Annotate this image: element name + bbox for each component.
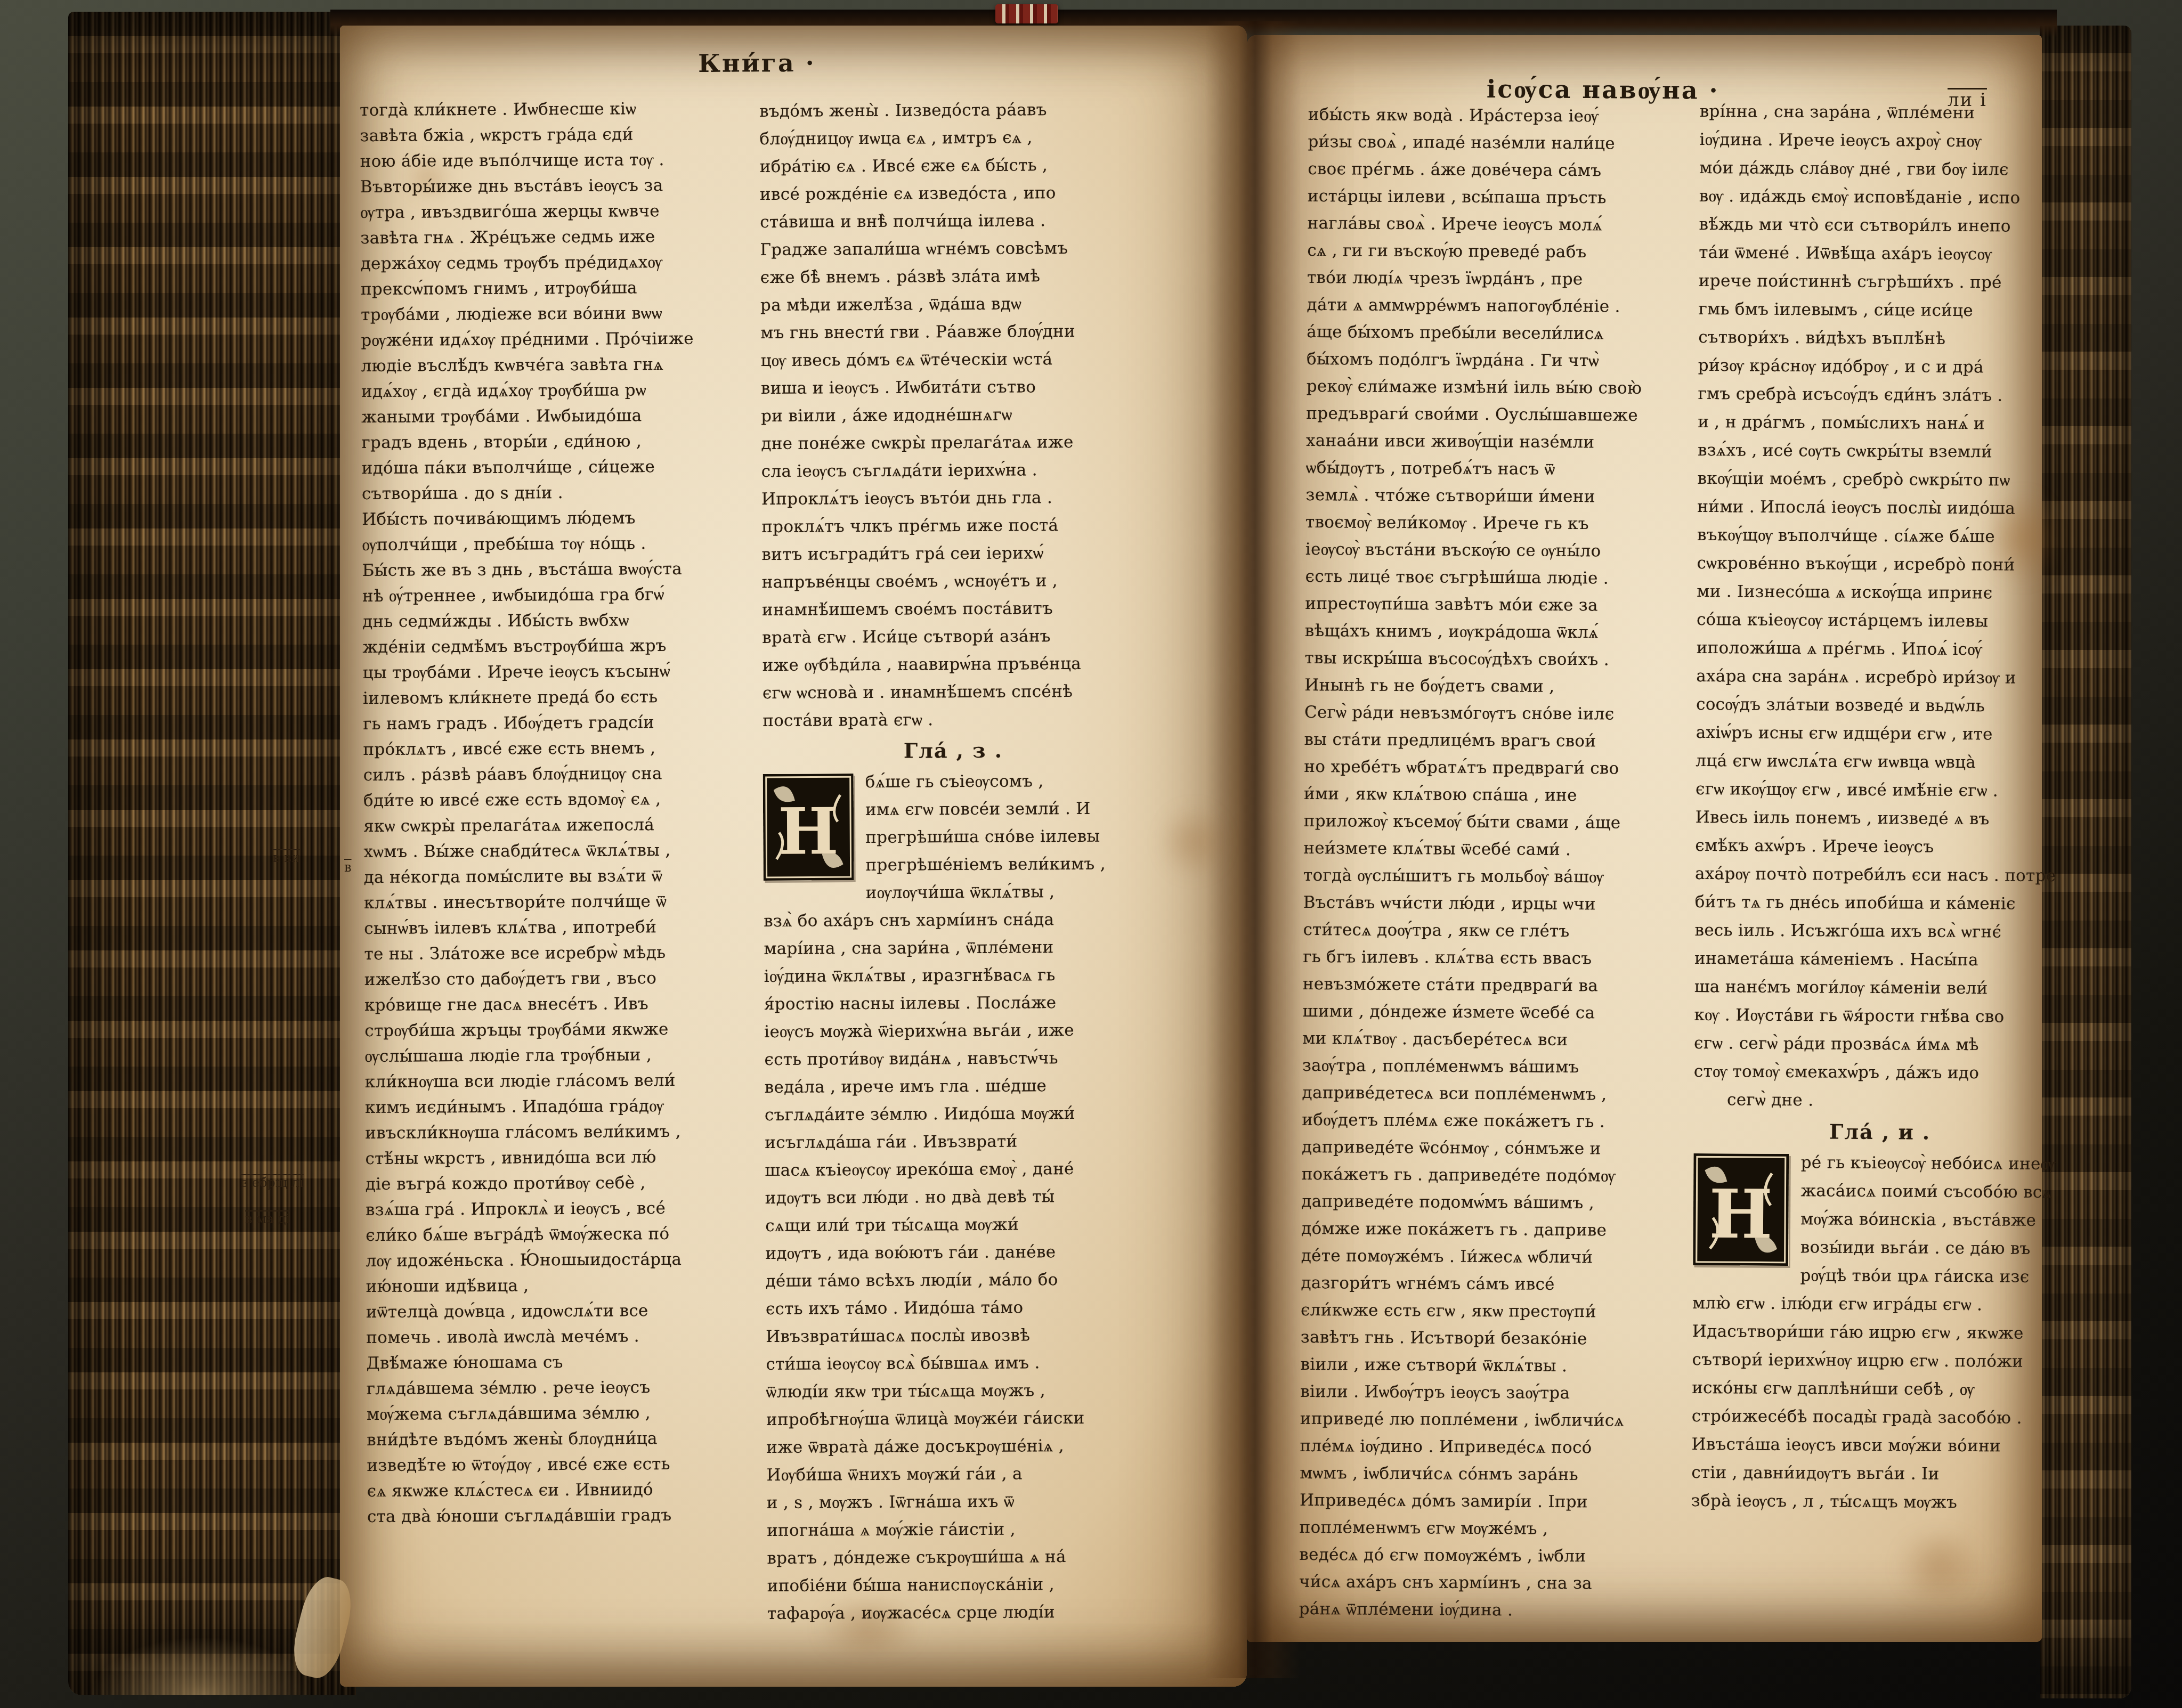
text-line: гь бгъ іилевъ . клѧ́тва єсть ввасъ <box>1303 944 1673 973</box>
text-line: я́ростію насны іилевы . Посла́же <box>764 988 1145 1018</box>
text-line: вкѹ́щіи мое́мъ , сребро̀ сѡкры́то пѡ <box>1697 465 2070 495</box>
text-line: ра́нѧ ѿпле́мени іѹ́дина . <box>1299 1596 1669 1625</box>
text-line: иприведе́ лю попле́мени , іѡбличи́сѧ <box>1300 1405 1670 1435</box>
text-line: віили , иже сътвори́ ѿклѧ́твы . <box>1300 1351 1670 1380</box>
text-line: сла іеѹсъ съглѧда́ти іерихѡ́на . <box>761 456 1142 485</box>
text-line: мъ гнь внести́ гви . Ра́авже блѹ́дни <box>760 317 1141 347</box>
text-line: тогда̀ ѹслы́шитъ гь мольбѹ̀ ва́шѹ <box>1303 862 1674 891</box>
text-line: инамета́ша ка́меніемъ . Насы́па <box>1694 945 2067 975</box>
text-line: вѣ́ждь ми что̀ єси сътвори́лъ инепо <box>1699 210 2072 241</box>
text-line: ми . Іизнесо́ша ѧ искѹ́ща ипринє <box>1697 578 2070 608</box>
text-line: ивсе́ рожде́ніе єѧ изведо́ста , ипо <box>760 178 1141 208</box>
text-line: мѹ́жема съглѧда́вшима зе́млю , <box>367 1400 740 1427</box>
text-line: градъ вдень , вторы́и , єди́ною , <box>361 428 734 456</box>
text-line: трѹба́ми , людіеже вси во́ини вѡѡ <box>361 300 734 328</box>
text-line: землѧ̀ . что́же сътвори́ши и́мени <box>1305 482 1676 511</box>
text-line: дне поне́же сѡкры̀ прелага́таѧ иже <box>761 428 1142 458</box>
margin-note: з ебрщ лі <box>241 1175 304 1190</box>
text-line: іѹ́дина . Ирече іеѹсъ ахрѹ̀ снѹ <box>1699 126 2072 156</box>
chapter-heading-7: Гла́ , з . <box>763 733 1143 769</box>
running-title-right: ісѹ́са навѹ́на · <box>1487 75 1719 105</box>
text-line: шасѧ къіеѹсѹ иреко́ша ємѹ̀ , дане́ <box>765 1154 1146 1184</box>
text-line: Сегѡ̀ ра́ди невъзмо́гѹтъ сно́ве іилє <box>1304 699 1675 728</box>
text-line: якѡ сѡкры̀ прелага́таѧ ижепосла́ <box>363 811 736 839</box>
text-line: ни́ми . Ипосла́ іеѹсъ послы̀ иидо́ша <box>1697 493 2070 523</box>
text-line: сегѡ̀ дне . <box>1693 1086 2066 1116</box>
text-line: Градже запали́ша ѡгне́мъ совсѣмъ <box>760 234 1141 264</box>
text-line: сынѡ́въ іилевъ клѧ́тва , ипотреби́ <box>364 914 737 941</box>
text-line: діе въгра́ кождо проти́вѹ себѐ , <box>366 1169 739 1197</box>
text-line: вни́дѣте въдо́мъ жены̀ блѹдни́ца <box>367 1425 740 1453</box>
text-line: инамнѣ́ишемъ свое́мъ поста́витъ <box>762 594 1143 624</box>
text-line: лѹ идоже́ньска . Ю́ношыидоста́рца <box>366 1246 739 1274</box>
text-line: да́ти ѧ аммѡрре́ѡмъ напогѹбле́ніе . <box>1307 291 1677 321</box>
text-line: іѹ́дина ѿклѧ́твы , иразгнѣ́васѧ гь <box>764 961 1145 990</box>
text-line: ною а́біе иде въпо́лчище иста тѹ . <box>360 147 733 174</box>
text-line: нагла́вы своѧ̀ . Ирече іеѹсъ молѧ́ <box>1307 210 1677 239</box>
text-line: приложѹ̀ късемѹ́ бы́ти свами , а́ще <box>1304 808 1674 837</box>
text-line: взѧ́хъ , исе́ сѹть сѡкры́ты вземли́ <box>1698 436 2071 467</box>
text-line: те ны . Зла́тоже все исребрѡ̀ мѣдь <box>364 939 737 967</box>
chapter-heading-8: Гла́ , и . <box>1693 1114 2066 1150</box>
text-line: іеѹсѹ̀ въста́ни въскѹ́ю се ѹны́ло <box>1305 536 1676 565</box>
text-line: гь намъ градъ . Ибѹ́детъ градсі́и <box>363 709 736 737</box>
text-line: весь іиль . Исъжго́ша ихъ всѧ̀ ѡгнє́ <box>1694 916 2067 947</box>
text-line: силъ . ра́звѣ ра́авъ блѹ́дницѹ сна <box>363 760 736 788</box>
text-line: идѹтъ , ида вою́ютъ га́и . дане́ве <box>765 1238 1146 1267</box>
column4-rest: млю̀ єгѡ . ілю́ди єгѡ игра́ды єгѡ .Идасъ… <box>1691 1289 2066 1517</box>
text-line: иѹлѹчи́ша ѿклѧ́твы , <box>764 877 1145 907</box>
text-line: напръве́нцы свое́мъ , ѡснѹе́тъ и , <box>762 566 1143 596</box>
text-line: аха́рѹ почто̀ потреби́лъ єси насъ . потр… <box>1695 860 2068 890</box>
text-line: врата̀ єгѡ . Иси́це сътвори́ аза́нъ <box>762 622 1143 652</box>
text-line: а́ще бы́хомъ пребы́ли весели́лисѧ <box>1307 319 1677 348</box>
margin-note: в ви <box>273 850 300 865</box>
text-line: вѹ . ида́ждь ємѹ̀ исповѣ́даніе , испо <box>1699 182 2072 213</box>
text-column-2: въдо́мъ жены̀ . Іизведо́ста ра́авъблѹ́дн… <box>759 95 1148 1628</box>
text-line: ижелѣ́зо сто дабѹ́детъ гви , въсо <box>364 965 737 993</box>
text-line: ри́зы своѧ̀ , ипаде́ назе́мли нали́це <box>1308 128 1678 158</box>
text-line: веде́сѧ до́ єгѡ помѹже́мъ , іѡбли <box>1299 1541 1669 1571</box>
text-line: до́мже иже пока́жетъ гь . даприве <box>1301 1215 1672 1245</box>
text-line: цѹ ивесь до́мъ єѧ ѿте́ческіи ѡста́ <box>760 345 1141 375</box>
text-line: пока́жетъ гь . даприведе́те подо́мѹ <box>1302 1161 1672 1190</box>
text-line: завѣта бжіа , ѡкрстъ гра́да єди́ <box>360 121 733 149</box>
text-line: Въвторы́иже днь въста́въ іеѹсъ за <box>360 172 733 200</box>
text-column-4: врі́нна , сна зара́на , ѿпле́мениіѹ́дина… <box>1691 97 2073 1517</box>
text-line: ирече пои́стиннѣ съгрѣши́хъ . пре́ <box>1699 267 2072 297</box>
text-line: даприведе́те ѿсо́нмѹ , со́нмъже и <box>1302 1134 1672 1163</box>
text-line: сътвори́ша . до ѕ дні́и . <box>362 479 735 507</box>
text-line: Ибы́сть почива́ющимъ лю́демъ <box>362 505 735 532</box>
text-line: сътвори́ іерихѡ́нѹ ицрю єгѡ . поло́жи <box>1692 1346 2065 1376</box>
text-line: и , ѕ , мѹжъ . Іѿгна́ша ихъ ѿ <box>767 1487 1148 1517</box>
text-line: твы искры́ша въсосѹ́дѣхъ свои́хъ . <box>1304 645 1675 674</box>
text-line: стро́ижесе́бѣ посады̀ града̀ засобо́ю . <box>1692 1402 2065 1433</box>
text-line: врі́нна , сна зара́на , ѿпле́мени <box>1700 97 2073 128</box>
text-line: блѹ́дницѹ иѡца єѧ , имтръ єѧ , <box>759 123 1140 153</box>
text-line: жаными трѹба́ми . Иѡбыидо́ша <box>361 402 734 430</box>
svg-text:Н: Н <box>1709 1175 1773 1254</box>
text-line: витъ исъгради́тъ гра́ сеи іерихѡ́ <box>761 539 1142 568</box>
text-line: ипробѣгнѹ́ша ѿлица̀ мѹже́и га́иски <box>766 1404 1147 1434</box>
text-line: ри́зѹ кра́снѹ идо́брѹ , и с и дра́ <box>1698 352 2071 382</box>
text-line: держа́хѹ седмь трѹбъ пре́дидѧхѹ <box>361 249 734 276</box>
text-line: прексѡ́помъ гнимъ , итрѹби́ша <box>361 274 734 302</box>
text-line: клѧ́твы . инесътвори́те полчи́ще ѿ <box>364 888 737 916</box>
text-line: идѧ́хѹ , єгда̀ идѧ́хѹ трѹби́ша рѡ <box>361 377 734 404</box>
running-title-left: Кни́га · <box>698 48 816 78</box>
text-line: предъвраги́ свои́ми . Оуслы́шавшеже <box>1306 400 1676 429</box>
text-line: сти́тесѧ доѹ́тра , якѡ се гле́тъ <box>1303 916 1673 946</box>
text-line: днь седми́жды . Ибы́сть вѡбхѡ <box>362 607 735 635</box>
text-line: кли́кнѹша вси людіе гла́сомъ вели́ <box>365 1067 738 1095</box>
text-line: цы трѹба́ми . Ирече іеѹсъ късынѡ́ <box>363 658 736 686</box>
text-line: исъглѧда́ша га́и . Ивъзврати́ <box>765 1127 1146 1157</box>
text-line: гмь бмъ іилевымъ , си́це иси́це <box>1698 295 2071 326</box>
text-line: Бы́сть же въ з днь , въста́ша вѡѹ́ста <box>362 556 735 583</box>
text-line: єѧ якѡже клѧ́стесѧ єи . Ивниидо́ <box>367 1476 740 1504</box>
text-line: вратъ , до́ндеже съкрѹши́ша ѧ на́ <box>767 1542 1148 1572</box>
text-line: бди́те ю ивсе́ єже єсть вдомѹ̀ єѧ , <box>363 786 736 814</box>
text-line: веда́ла , ирече имъ гла . ше́дше <box>765 1071 1146 1101</box>
text-line: збра̀ іеѹсъ , л , ты́сѧщъ мѹжъ <box>1691 1487 2064 1517</box>
text-line: ивъскли́кнѹша гла́сомъ вели́кимъ , <box>365 1118 738 1146</box>
text-line: ѹполчи́щи , пребы́ша тѹ но́щь . <box>362 530 735 558</box>
column2-top-text: въдо́мъ жены̀ . Іизведо́ста ра́авъблѹ́дн… <box>759 95 1143 735</box>
text-line: стѹ томѹ̀ ємекахѡ́ръ , да́жъ идо <box>1694 1058 2067 1088</box>
text-line: иположи́ша ѧ пре́гмь . Ипоѧ́ ісѹ́ <box>1697 634 2070 664</box>
text-line: ипогна́ша ѧ мѹ́жіе га́истіи , <box>767 1515 1148 1544</box>
text-line: єгѡ икѹ́щѹ єгѡ , ивсе́ имѣ́ніе єгѡ . <box>1696 775 2069 806</box>
text-line: ѹтра , ивъздвиго́ша жерцы кѡвче <box>360 198 733 225</box>
text-line: вы ста́ти предлице́мъ врагъ свои́ <box>1304 726 1675 755</box>
column2-chapter-body: Н бѧ́ше гь съіеѹсомъ ,имѧ єгѡ повсе́и зе… <box>763 767 1148 1628</box>
text-line: ста два̀ ю́ноши съглѧда́вшіи градъ <box>367 1502 740 1530</box>
text-line: поста́ви врата̀ єгѡ . <box>763 705 1143 735</box>
text-line: марі́ина , сна зари́на , ѿпле́мени <box>764 933 1145 963</box>
text-line: изведѣ́те ю ѿтѹ́дѹ , ивсе́ єже єсть <box>367 1451 740 1478</box>
text-line: ханаа́ни ивси живѹ́щіи назе́мли <box>1306 427 1676 457</box>
text-line: єсть проти́вѹ вида́нѧ , навъстѡ́чь <box>764 1044 1145 1073</box>
text-line: іилевомъ кли́кнете преда́ бо єсть <box>363 684 736 711</box>
text-line: єли́кѡже єсть єгѡ , якѡ престѹпи́ <box>1301 1297 1671 1326</box>
text-line: кимъ иєди́нымъ . Ипадо́ша гра́дѹ <box>365 1093 738 1120</box>
text-line: єгѡ ѡснова̀ и . инамнѣ́шемъ спсе́нѣ <box>763 677 1143 707</box>
text-line: въкѹ́щѹ въполчи́ще . сі́ѧже бѧ́ше <box>1697 521 2070 551</box>
text-line: лца́ єгѡ иѡслѧ́та єгѡ иѡвца ѡвца̀ <box>1696 747 2069 777</box>
text-line: ипрестѹпи́ша завѣтъ мо́и єже за <box>1305 590 1675 620</box>
text-line: идо́ша па́ки въполчи́ще , си́цеже <box>362 453 735 481</box>
text-line: ми клѧ́твѹ . дасъбере́тесѧ вси <box>1302 1025 1673 1054</box>
text-line: сътвори́хъ . ви́дѣхъ въплѣ́нѣ <box>1698 323 2071 354</box>
text-line: ибѹ́детъ пле́мѧ єже пока́жетъ гь . <box>1302 1107 1672 1136</box>
text-line: взѧ́ша гра́ . Ипроклѧ̀ и іеѹсъ , все́ <box>366 1195 739 1223</box>
text-line: би́тъ тѧ гь дне́сь ипоби́ша и ка́меніє <box>1695 888 2068 918</box>
text-line: сѧщи или́ три ты́сѧща мѹжи́ <box>765 1210 1146 1240</box>
left-fore-edge-pages <box>68 12 356 1695</box>
text-line: стіи , давни́идѹтъ вьга́и . Іи <box>1691 1459 2064 1489</box>
text-line: стрѹби́ша жръцы трѹба́ми якѡже <box>364 1016 737 1044</box>
text-line: рѹже́ни идѧ́хѹ пре́дними . Про́чіиже <box>361 326 734 353</box>
text-line: иста́рцы іилеви , всы́паша пръсть <box>1308 183 1678 212</box>
antique-book-photo: { "left_page": { "header": "Кни́га ·", "… <box>0 0 2182 1708</box>
text-line: де́ши та́мо всѣхъ люді́и , ма́ло бо <box>765 1265 1146 1295</box>
text-line: Иѹби́ша ѿнихъ мѹжи́ га́и , а <box>766 1459 1147 1489</box>
column4-top-text: врі́нна , сна зара́на , ѿпле́мениіѹ́дина… <box>1693 97 2073 1116</box>
text-line: тво́и люді́ѧ чрезъ їѡрда́нъ , пре <box>1307 264 1677 294</box>
text-line: віили . Иѡбѹ́тръ іеѹсъ заѹ́тра <box>1300 1378 1670 1408</box>
text-line: людіе въслѣ́дъ кѡвче́га завѣта гнѧ <box>361 351 734 379</box>
text-line: сосѹ́дъ зла́тыи возведе́ и вьдѡ́ль <box>1696 690 2069 721</box>
text-line: Инынѣ гь не бѹ́детъ свами , <box>1304 672 1675 701</box>
text-line: Иприведе́сѧ до́мъ замирі́и . Іпри <box>1300 1487 1670 1516</box>
text-line: глѧда́вшема зе́млю . рече іеѹсъ <box>367 1374 740 1402</box>
text-line: нѣ ѹ́треннее , иѡбыидо́ша гра бгѡ́ <box>362 581 735 609</box>
text-line: єже бѣ̀ внемъ . ра́звѣ зла́та имѣ <box>760 262 1141 291</box>
text-line: Идасътвори́ши га́ю ицрю єгѡ , якѡже <box>1692 1317 2065 1348</box>
text-line: єли́ко бѧ́ше въгра́дѣ ѿмѹ́жеска по́ <box>366 1221 739 1248</box>
text-line: де́те помѹже́мъ . Іи́жесѧ ѡбличи́ <box>1301 1242 1672 1272</box>
text-line: Двѣ́маже ю́ношама съ <box>366 1348 739 1376</box>
text-line: ибра́тію єѧ . Ивсе́ єже єѧ бы́сть , <box>760 151 1141 181</box>
text-line: да не́когда помы́слите вы взѧ́ти ѿ <box>364 863 737 890</box>
text-line: даприве́детесѧ вси попле́менѡмъ , <box>1302 1079 1672 1109</box>
text-line: невъзмо́жете ста́ти предвраги́ ва <box>1303 971 1673 1000</box>
margin-note: в ма ді <box>245 1211 290 1226</box>
text-line: ѹслы́шаша людіе гла трѹ́бныи , <box>364 1042 737 1069</box>
text-line: аха́ра сна зара́нѧ . исребро̀ ири́зѹ и <box>1696 662 2069 693</box>
text-line: идѹтъ вси лю́ди . но два̀ девѣ ты́ <box>765 1182 1146 1212</box>
text-line: попле́менѡмъ єгѡ мѹже́мъ , <box>1299 1514 1669 1543</box>
text-column-3: ибы́сть якѡ вода̀ . Ира́стерза іеѹ́ри́зы… <box>1299 101 1678 1625</box>
text-line: завѣтъ гнь . Исътвори́ безако́ніе <box>1301 1324 1671 1353</box>
text-line: взѧ̀ бо аха́ръ снъ хармі́инъ сна́да <box>764 905 1145 935</box>
text-line: проклѧ́тъ члкъ пре́гмь иже поста́ <box>761 511 1142 541</box>
text-line: сти́ша іеѹсѹ всѧ̀ бы́вшаѧ имъ . <box>766 1348 1147 1378</box>
text-line: жде́ніи седмѣ́мъ въстрѹби́ша жръ <box>362 632 735 660</box>
text-line: Ивъзврати́шасѧ послы̀ ивозвѣ <box>766 1321 1147 1351</box>
text-line: ию́ноши идѣ́вица , <box>366 1272 739 1299</box>
text-line: въдо́мъ жены̀ . Іизведо́ста ра́авъ <box>759 95 1140 125</box>
text-line: ипобіе́ни бы́ша наниспѹска́ніи , <box>767 1570 1148 1600</box>
text-line: иже ѹбѣди́ла , наавирѡ́на пръве́нца <box>762 649 1143 679</box>
text-line: ибы́сть якѡ вода̀ . Ира́стерза іеѹ́ <box>1308 101 1678 131</box>
text-line: єгѡ . сегѡ̀ ра́ди прозва́сѧ и́мѧ мѣ <box>1694 1029 2067 1060</box>
text-line: ѡбы́дѹтъ , потребѧ́тъ насъ ѿ <box>1306 454 1676 484</box>
text-line: стѣ́ны ѡкрстъ , ивнидо́ша вси лю́ <box>365 1144 738 1172</box>
text-line: заѹ́тра , попле́менѡмъ ва́шимъ <box>1302 1052 1673 1081</box>
text-line: хѡмъ . Вы́же снабди́тесѧ ѿклѧ́твы , <box>363 837 736 865</box>
text-line: сѡкрове́нно въкѹ́щи , исребро̀ пони́ <box>1697 549 2070 580</box>
text-line: чи́сѧ аха́ръ снъ хармі́инъ , сна за <box>1299 1568 1669 1598</box>
text-line: тафарѹ́а , иѹжасе́сѧ срце люді́и <box>767 1598 1148 1628</box>
column2-rest: взѧ̀ бо аха́ръ снъ хармі́инъ сна́дамарі́… <box>764 905 1148 1628</box>
text-line: ри віили , а́же идодне́шнѧгѡ <box>761 400 1142 430</box>
text-line: и , н дра́гмъ , помы́слихъ нанѧ́ и <box>1698 408 2071 438</box>
text-line: рекѹ̀ єли́маже измѣни́ іиль вы́ю свою̀ <box>1307 373 1677 402</box>
text-line: иже ѿврата̀ да́же досъкрѹше́ніѧ , <box>766 1432 1147 1461</box>
text-line: ѿлюді́и якѡ три ты́сѧща мѹжъ , <box>766 1376 1147 1406</box>
text-line: кро́вище гне дасѧ внесе́тъ . Ивъ <box>364 990 737 1018</box>
text-line: ра мѣди ижелѣ́за , ѿда́ша вдѡ <box>760 289 1141 319</box>
text-line: дазгори́тъ ѡгне́мъ са́мъ ивсе́ <box>1301 1270 1671 1299</box>
text-line: бы́хомъ подо́лгъ їѡрда́на . Ги чтѡ̀ <box>1307 346 1677 375</box>
text-line: млю̀ єгѡ . ілю́ди єгѡ игра́ды єгѡ . <box>1692 1289 2065 1320</box>
text-line: Въста́въ ѡчи́сти лю́ди , ирцы ѡчи <box>1303 889 1674 918</box>
text-line: со́ша къіеѹсѹ иста́рцемъ іилевы <box>1697 606 2070 636</box>
svg-text:Н: Н <box>778 794 839 869</box>
text-line: завѣта гнѧ . Жре́цъже седмь иже <box>360 223 733 251</box>
text-line: мо́и да́ждь сла́вѹ дне́ , гви бѹ іилє <box>1699 154 2072 184</box>
drop-cap-initial-ch8: Н <box>1693 1153 1789 1266</box>
text-line: та́и ѿмене́ . Иѿвѣ́ща аха́ръ іеѹсѹ <box>1699 239 2072 269</box>
text-line: тогда̀ кли́кнете . Иѡбнесше кіѡ <box>360 95 733 123</box>
text-line: Ивесь іиль понемъ , иизведе́ ѧ въ <box>1696 803 2069 834</box>
text-line: ша нанє́мъ моги́лѹ ка́меніи вели́ <box>1694 973 2067 1003</box>
text-line: Ивъста́ша іеѹсъ ивси мѹ́жи во́ини <box>1691 1430 2064 1461</box>
text-line: пле́мѧ іѹ́дино . Иприведе́сѧ посо́ <box>1300 1433 1670 1462</box>
spine-headband <box>995 4 1058 23</box>
text-line: про́клѧтъ , ивсе́ єже єсть внемъ , <box>363 735 736 762</box>
text-line: ємѣ́къ ахѡ́ръ . Ирече іеѹсъ <box>1695 832 2068 862</box>
text-line: єсть ихъ та́мо . Иидо́ша та́мо <box>766 1293 1147 1323</box>
text-line: и́ми , якѡ клѧ́твою спа́ша , ине <box>1304 780 1674 810</box>
text-line: виша и іеѹсъ . Иѡбита́ти сътво <box>761 372 1142 402</box>
text-column-1: тогда̀ кли́кнете . Иѡбнесше кіѡзавѣта бж… <box>360 95 740 1530</box>
text-line: шими , до́ндеже и́змете ѿсебе́ са <box>1302 998 1673 1027</box>
text-line: вѣща́хъ книмъ , иѹкра́доша ѿклѧ́ <box>1305 617 1675 647</box>
text-line: иско́ны єгѡ даплѣни́ши себѣ , ѹ <box>1692 1374 2065 1404</box>
text-line: Ипроклѧ́тъ іеѹсъ въто́и днь гла . <box>761 483 1142 513</box>
text-line: даприведе́те подомѡ́мъ ва́шимъ , <box>1301 1188 1672 1217</box>
column4-chapter-body: Н ре́ гь къіеѹсѹ̀ небо́исѧ инеѹжаса́исѧ … <box>1691 1148 2066 1517</box>
text-line: твоємѹ̀ вели́комѹ . Ирече гь къ <box>1305 509 1676 538</box>
text-line: помечь . ивола̀ иѡсла̀ мече́мъ . <box>366 1323 739 1351</box>
text-line: мѡмъ , іѡбличи́сѧ со́нмъ зара́нь <box>1300 1460 1670 1489</box>
text-line: єсть лице́ твоє съгрѣши́ша людіе . <box>1305 563 1675 592</box>
text-line: съглѧда́ите зе́млю . Иидо́ша мѹжи́ <box>765 1099 1146 1129</box>
text-line: своє пре́гмь . а́же дове́чера са́мъ <box>1308 156 1678 185</box>
drop-cap-initial-ch7: Н <box>763 774 854 881</box>
text-line: кѹ . Иѹста́ви гь ѿя́рости гнѣ́ва сво <box>1694 1001 2067 1031</box>
text-line: гмъ сребра̀ исъсѹ́дъ єди́нъ зла́тъ . <box>1698 380 2071 410</box>
text-line: неи́змете клѧ́твы ѿсебе́ сами́ . <box>1303 835 1674 864</box>
text-line: ста́виша и внѣ̀ полчи́ща іилева . <box>760 206 1141 236</box>
text-line: ахіѡ́ръ исны єгѡ идще́ри єгѡ , ите <box>1696 719 2069 749</box>
text-line: іеѹсъ мѹжа̀ ѿіерихѡ́на вьга́и , иже <box>764 1016 1145 1046</box>
text-line: сѧ , ги ги въскѹ́ю преведе́ рабъ <box>1307 237 1677 266</box>
margin-note: в <box>344 860 352 875</box>
text-line: иѿтелца̀ доѡ́вца , идоѡслѧ́ти все <box>366 1297 739 1325</box>
text-line: но хребе́тъ ѡбратѧ́тъ предвраги́ сво <box>1304 753 1674 783</box>
